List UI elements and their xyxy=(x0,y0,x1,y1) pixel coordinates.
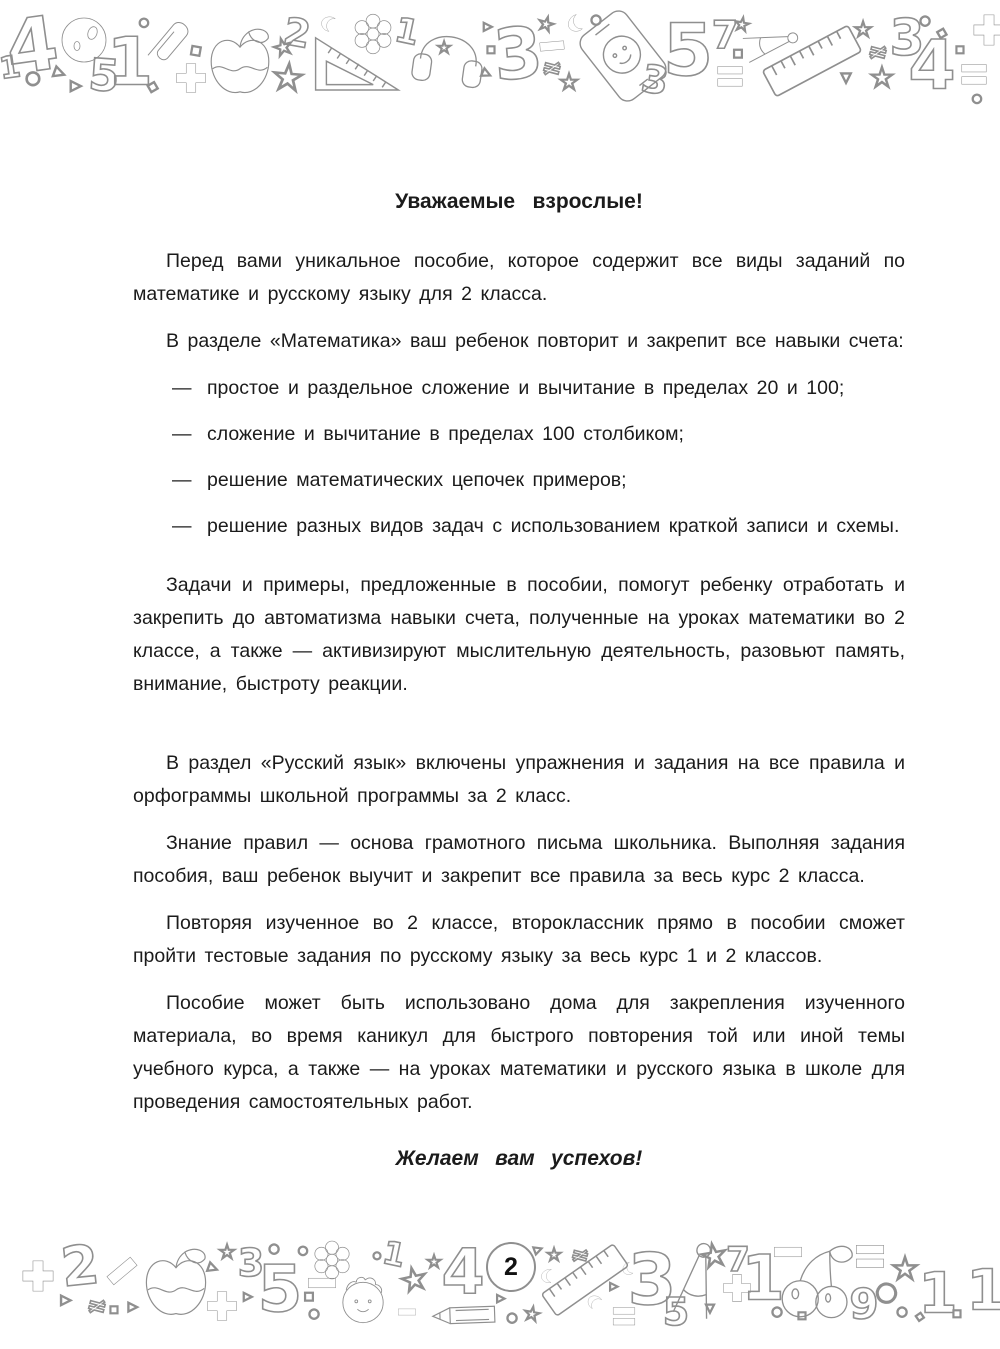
bullet-text: простое и раздельное сложение и вычитани… xyxy=(207,372,905,405)
plus-doodle xyxy=(177,64,206,93)
bullet-text: решение разных видов задач с использован… xyxy=(207,510,905,543)
book-page: 1○4▷▷51○□◇☆2☆1☆▷□▷3☆≠☆○357☆□☆≠▽☆3○◇4□○ У… xyxy=(0,0,1000,1349)
small-circle-doodle: ○ xyxy=(771,1305,782,1320)
bar-doodle xyxy=(540,41,565,51)
small-circle-doodle: ○ xyxy=(373,1251,382,1262)
dash-bullet-icon: — xyxy=(172,464,207,497)
apple-icon xyxy=(211,29,269,92)
bullet-text: сложение и вычитание в пределах 100 стол… xyxy=(207,418,905,451)
dash-bullet-icon: — xyxy=(172,372,207,405)
flower-icon xyxy=(315,1241,349,1279)
list-item: — простое и раздельное сложение и вычита… xyxy=(172,372,905,405)
page-number-value: 2 xyxy=(504,1253,518,1282)
paragraph-russian-section: В раздел «Русский язык» включены упражне… xyxy=(133,747,905,813)
bar-doodle xyxy=(107,1257,137,1285)
four-doodle: 4 xyxy=(908,27,955,106)
page-number-badge: 2 xyxy=(486,1242,536,1292)
small-square-doodle: □ xyxy=(797,1311,806,1322)
triangle-doodle: ▽ xyxy=(705,1301,715,1315)
paragraph-rules: Знание правил — основа грамотного письма… xyxy=(133,827,905,893)
skills-bullet-list: — простое и раздельное сложение и вычита… xyxy=(133,372,905,543)
small-circle-doodle: ○ xyxy=(308,1307,319,1322)
star-doodle: ☆ xyxy=(218,1240,237,1264)
small-circle-doodle: ○ xyxy=(139,15,149,29)
paragraph-usage: Пособие может быть использовано дома для… xyxy=(133,987,905,1119)
equals-doodle xyxy=(962,64,986,84)
small-square-doodle: □ xyxy=(952,1309,961,1320)
dash-bullet-icon: — xyxy=(172,510,207,543)
paperclip-icon xyxy=(148,19,191,66)
page-title: Уважаемые взрослые! xyxy=(133,190,905,214)
bar-doodle xyxy=(308,1278,335,1288)
star-doodle: ☆ xyxy=(890,1249,920,1289)
paragraph-review: Повторяя изученное во 2 классе, второкла… xyxy=(133,907,905,973)
small-circle-doodle: ○ xyxy=(972,91,982,105)
list-item: — решение разных видов задач с использов… xyxy=(172,510,905,543)
star-doodle: ☆ xyxy=(545,1244,562,1266)
triangle-doodle: ▷ xyxy=(128,1300,138,1315)
five-doodle: 5 xyxy=(663,1290,689,1334)
plus-doodle xyxy=(208,1292,237,1321)
paragraph-intro: Перед вами уникальное пособие, которое с… xyxy=(133,245,905,311)
five-doodle: 5 xyxy=(663,8,713,92)
triangle-doodle: ▷ xyxy=(70,76,82,94)
star-doodle: ☆ xyxy=(731,11,753,38)
small-circle-doodle: ○ xyxy=(506,1311,517,1326)
top-border-doodles: 1○4▷▷51○□◇☆2☆1☆▷□▷3☆≠☆○357☆□☆≠▽☆3○◇4□○ xyxy=(0,6,1000,111)
page-content: Уважаемые взрослые! Перед вами уникально… xyxy=(133,190,905,1171)
one-doodle: 1 xyxy=(391,10,422,54)
face-icon xyxy=(343,1277,383,1322)
apple-icon xyxy=(146,1249,205,1314)
five-doodle: 5 xyxy=(258,1253,303,1327)
triangle-doodle: ▽ xyxy=(841,70,852,86)
star-doodle: ☆ xyxy=(425,1251,442,1273)
compass-icon xyxy=(743,25,801,63)
four-doodle: 4 xyxy=(441,1236,484,1309)
triangle-doodle: ▷ xyxy=(532,1241,545,1256)
star-doodle: ☆ xyxy=(436,38,452,59)
paragraph-tasks: Задачи и примеры, предложенные в пособии… xyxy=(133,569,905,701)
one-doodle: 1 xyxy=(967,1259,1000,1324)
crescent-doodle xyxy=(565,14,583,34)
top-border-doodles-svg: 1○4▷▷51○□◇☆2☆1☆▷□▷3☆≠☆○357☆□☆≠▽☆3○◇4□○ xyxy=(0,6,1000,111)
star-doodle: ☆ xyxy=(521,1301,544,1328)
triangle-doodle: ▷ xyxy=(243,1289,253,1303)
pencil-icon xyxy=(432,1306,494,1324)
two-doodle: 2 xyxy=(58,1236,102,1299)
triangle-doodle: ▷ xyxy=(497,1292,506,1305)
triangle-doodle: ▷ xyxy=(610,1280,619,1293)
small-square-doodle: □ xyxy=(733,47,743,60)
star-doodle: ☆ xyxy=(558,68,580,96)
small-square-doodle: □ xyxy=(955,45,964,56)
plus-doodle xyxy=(23,1261,53,1291)
bullet-text: решение математических цепочек примеров; xyxy=(207,464,905,497)
small-square-doodle: □ xyxy=(304,1290,314,1303)
bar-doodle xyxy=(398,1309,416,1315)
list-item: — сложение и вычитание в пределах 100 ст… xyxy=(172,418,905,451)
crescent-doodle xyxy=(319,14,335,32)
equals-doodle xyxy=(718,66,742,86)
small-square-doodle: □ xyxy=(189,42,203,58)
two-doodle: 2 xyxy=(280,9,314,57)
small-circle-doodle: ○ xyxy=(298,1243,308,1257)
paragraph-math-section: В разделе «Математика» ваш ребенок повто… xyxy=(133,325,905,358)
dash-bullet-icon: — xyxy=(172,418,207,451)
closing-wish: Желаем вам успехов! xyxy=(133,1147,905,1171)
equals-doodle xyxy=(856,1245,883,1267)
plus-doodle xyxy=(974,15,1000,45)
small-square-doodle: □ xyxy=(109,1305,118,1316)
list-item: — решение математических цепочек примеро… xyxy=(172,464,905,497)
flower-icon xyxy=(355,14,391,54)
star-doodle: ☆ xyxy=(268,54,308,103)
crescent-doodle xyxy=(541,1269,551,1282)
slash-doodle: ≠ xyxy=(568,1242,592,1271)
small-circle-doodle: ○ xyxy=(896,1305,907,1320)
